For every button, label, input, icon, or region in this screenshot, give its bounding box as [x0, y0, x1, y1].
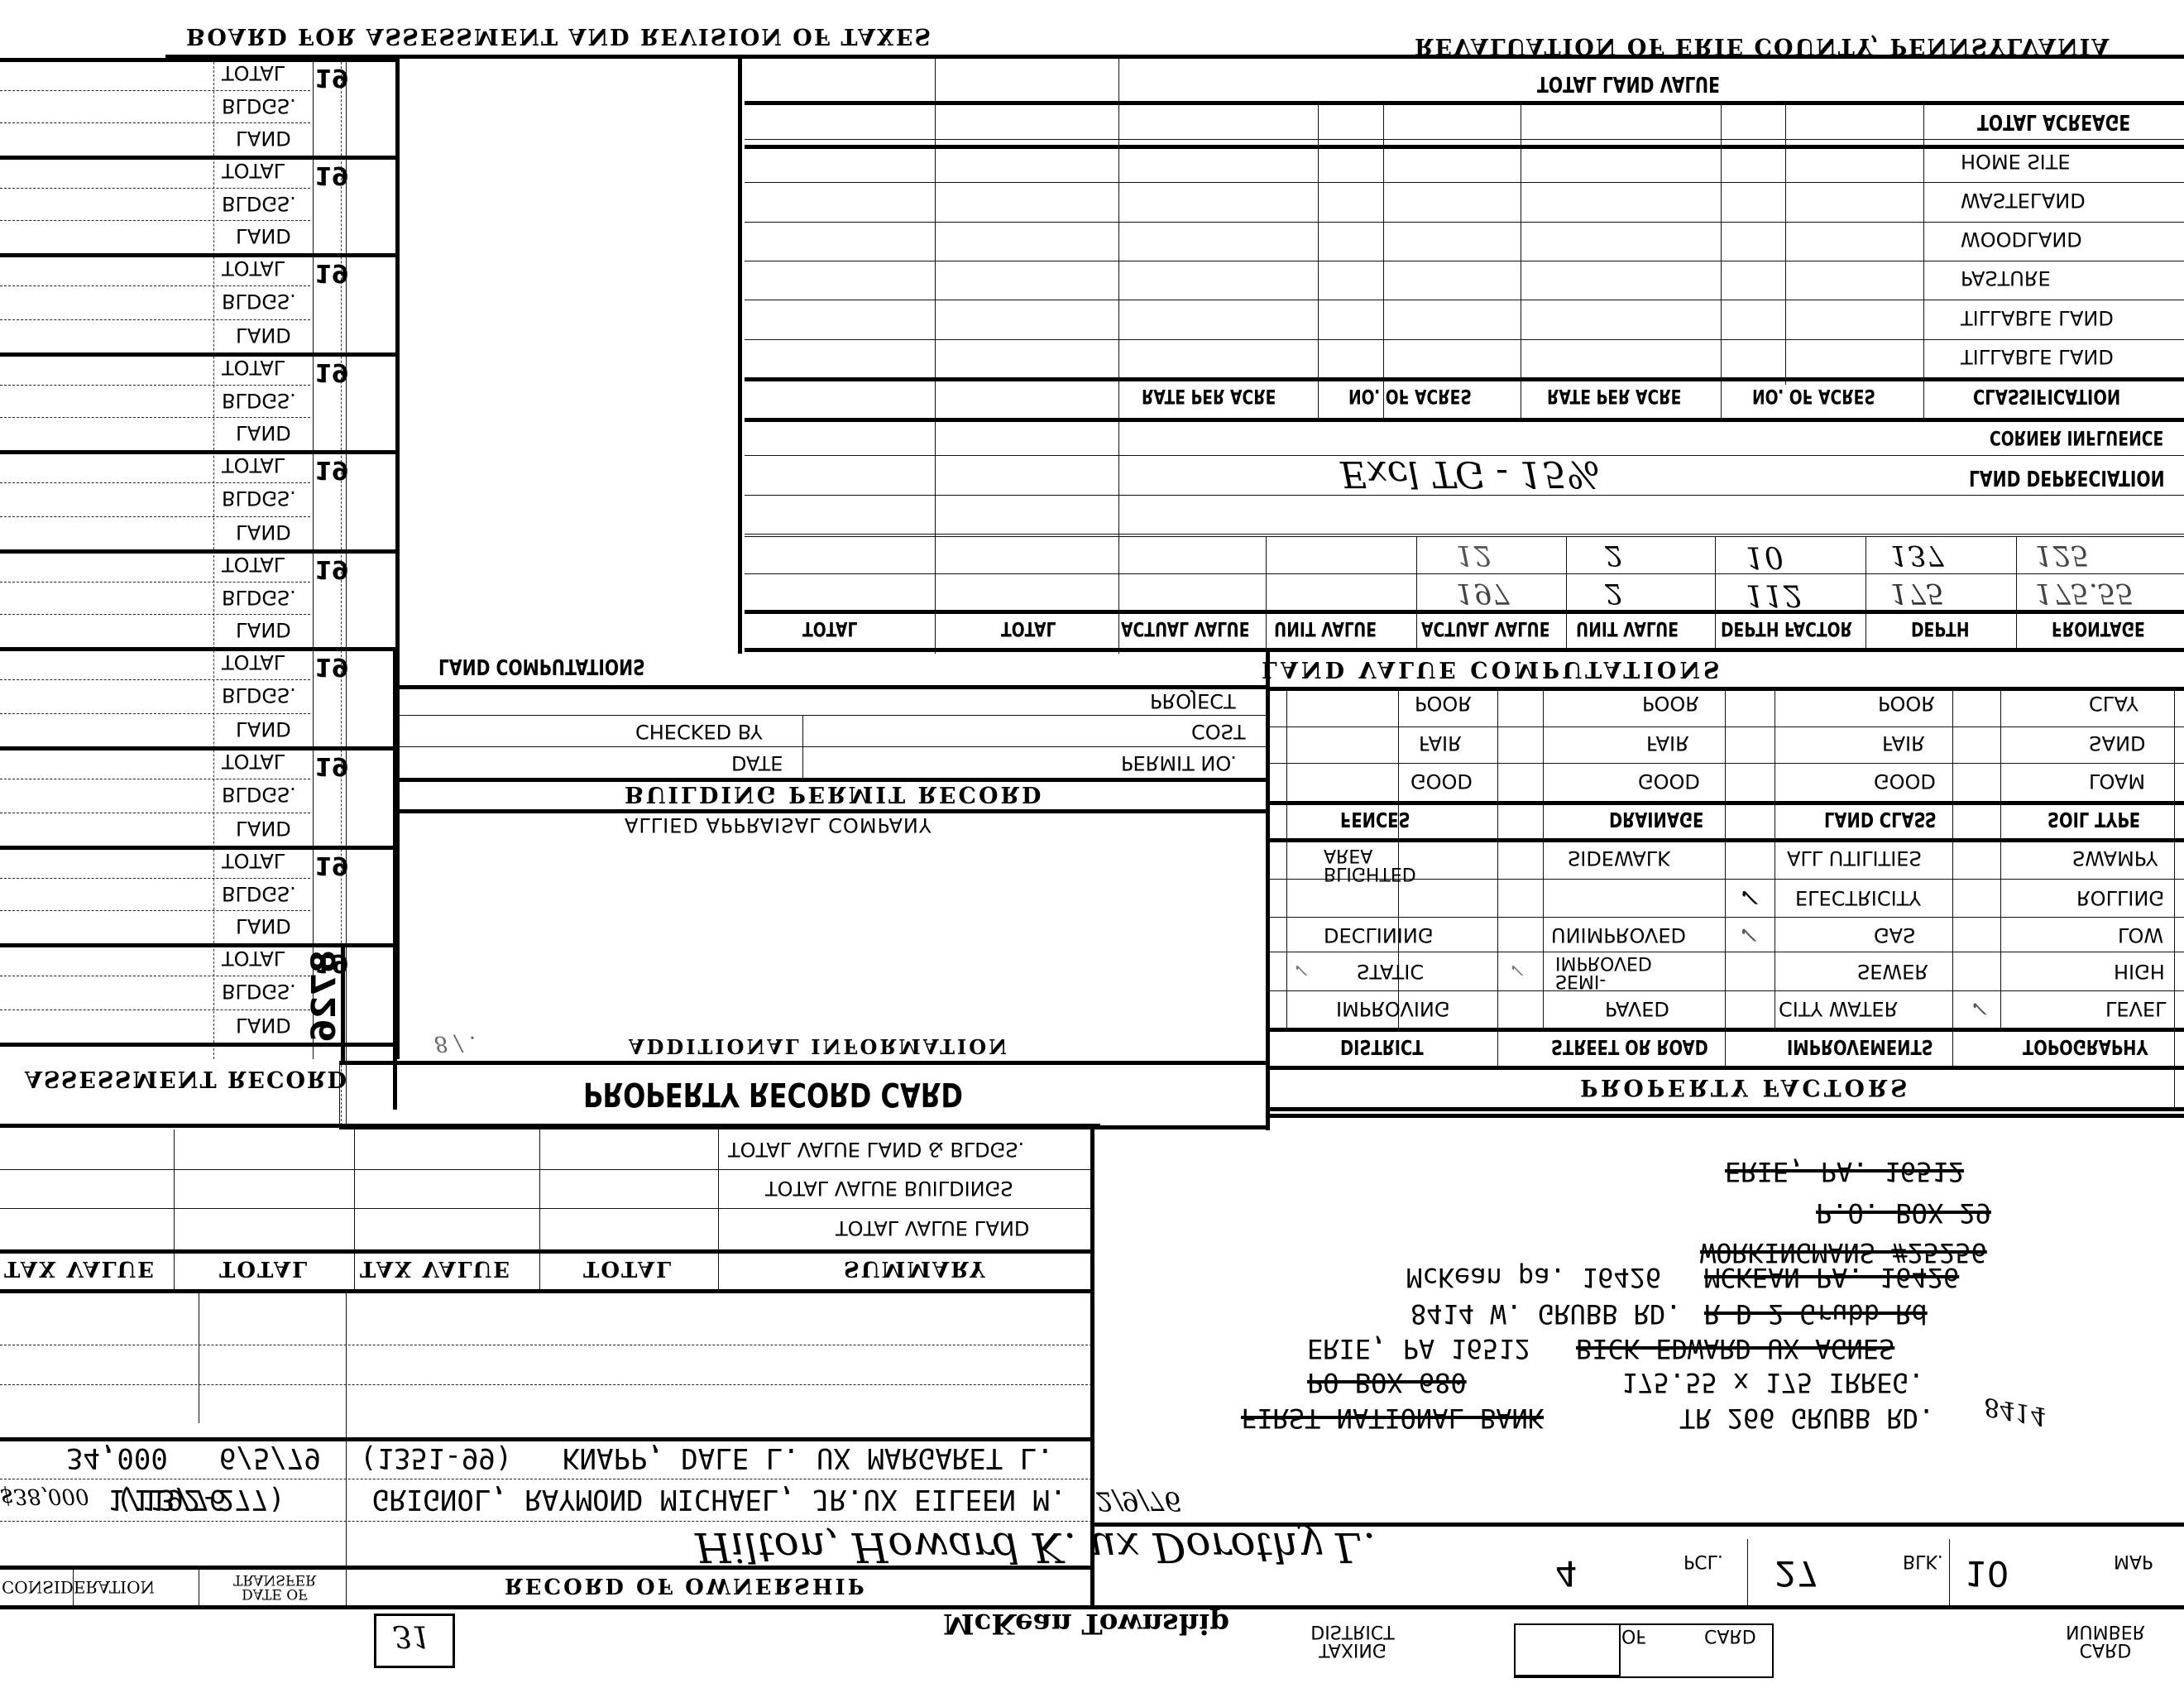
assess-bldgs-label: BLDGS. [222, 587, 296, 607]
land-class-poor: POOR [1878, 693, 1935, 713]
col-district: DISTRICT [1340, 1037, 1424, 1057]
assess-year-prefix: 19 [314, 556, 349, 581]
assess-total-label: TOTAL [222, 751, 285, 771]
address-line-addition: FIRST NATIONAL BANK [1241, 1405, 1544, 1431]
map-label: MAP [2114, 1551, 2153, 1570]
additional-information-title: ADDITIONAL INFORMATION [629, 1036, 1009, 1056]
check-level: ✓ [1969, 997, 1987, 1019]
col-no-acres-2: NO. OF ACRES [1348, 386, 1472, 406]
owner-transfer-date: 6/5/79 [219, 1444, 321, 1472]
project-label: PROJECT [1150, 691, 1236, 711]
checked-by-label: CHECKED BY [635, 722, 763, 741]
assess-land-label: LAND [236, 916, 291, 936]
total-value-buildings: TOTAL VALUE BUILDINGS [765, 1178, 1013, 1198]
row1-depth: 175 [1890, 579, 1944, 607]
assess-total-label: TOTAL [222, 554, 285, 574]
address-line-addition: McKean pa. 16426 [1406, 1264, 1661, 1291]
row1-unit-value: 2 [1605, 579, 1623, 607]
imp-city-water: CITY WATER [1779, 999, 1898, 1019]
address-line: R D 2 Grubb Rd [1704, 1301, 1928, 1327]
assess-year-prefix: 19 [314, 65, 349, 89]
address-line: P.O. BOX 29 [1816, 1200, 1991, 1226]
assess-total-label: TOTAL [222, 63, 285, 83]
col-rate-per-acre-1: RATE PER ACRE [1547, 386, 1681, 406]
col-street-or-road: STREET OR ROAD [1551, 1037, 1708, 1057]
appraisal-company: ALLIED APPRAISAL COMPANY [625, 815, 932, 835]
imp-gas: GAS [1874, 925, 1915, 945]
pcl-label: PCL. [1683, 1551, 1723, 1570]
total-acreage-label: TOTAL ACREAGE [1977, 111, 2130, 132]
property-record-card-title: PROPERTY RECORD CARD [583, 1077, 963, 1110]
assess-bldgs-label: BLDGS. [222, 391, 296, 410]
assess-land-label: LAND [236, 423, 291, 443]
topo-low: LOW [2118, 925, 2163, 945]
assess-year-prefix: 19 [314, 852, 349, 877]
topo-high: HIGH [2114, 961, 2165, 981]
assess-land-label: LAND [236, 128, 291, 148]
district-improving: IMPROVING [1336, 999, 1449, 1019]
fences-good: GOOD [1410, 771, 1473, 791]
assess-land-label: LAND [236, 620, 291, 640]
row2-actual-value: 12 [1456, 541, 1492, 569]
col-classification: CLASSIFICATION [1973, 386, 2120, 407]
property-factors-title: PROPERTY FACTORS [1580, 1076, 1910, 1099]
drainage-good: GOOD [1638, 771, 1700, 791]
taxing-district-label: TAXING DISTRICT [1299, 1622, 1406, 1658]
col-total-summary-2: TOTAL [219, 1258, 309, 1279]
land-depreciation-value: Excl TG - 15% [1340, 455, 1601, 492]
assess-total-label: TOTAL [222, 948, 285, 968]
col-depth-factor: DEPTH FACTOR [1721, 619, 1852, 639]
owner-name: GRIGNOL, RAYMOND MICHAEL, JR.UX EILEEN M… [372, 1485, 1066, 1513]
consideration-header: CONSIDERATION [2, 1579, 155, 1595]
land-value-computations-title: LAND VALUE COMPUTATIONS [1262, 658, 1723, 680]
pcl-value: 4 [1555, 1556, 1578, 1590]
assess-total-label: TOTAL [222, 258, 285, 278]
address-line-addition: PO BOX 680 [1307, 1369, 1467, 1396]
topo-swampy: SWAMPY [2072, 848, 2158, 868]
box-number: 31 [393, 1620, 431, 1650]
classification-woodland: WOODLAND [1961, 229, 2082, 249]
col-fences: FENCES [1340, 809, 1410, 830]
owner-transfer-date: 1/13/76 [108, 1485, 226, 1513]
row2-depth: 137 [1890, 541, 1944, 569]
assessment-record-title: ASSESSMENT RECORD [25, 1067, 348, 1090]
district-declining: DECLINING [1324, 925, 1433, 945]
topo-rolling: ROLLING [2076, 888, 2164, 908]
assess-land-label: LAND [236, 522, 291, 542]
assess-bldgs-label: BLDGS. [222, 981, 296, 1001]
address-line-addition: ERIE, PA 16512 [1307, 1336, 1530, 1362]
address-handwritten-number: 8414 [1982, 1393, 2048, 1429]
fences-fair: FAIR [1419, 733, 1462, 753]
assess-year-prefix: 19 [314, 359, 349, 384]
address-line: BICK EDWARD UX AGNES [1576, 1336, 1894, 1362]
assess-land-label: LAND [236, 719, 291, 739]
assess-bldgs-label: BLDGS. [222, 488, 296, 508]
assess-land-label: LAND [236, 325, 291, 345]
row2-unit-value: 2 [1605, 541, 1623, 569]
col-unit-value-1: UNIT VALUE [1576, 619, 1679, 639]
district-static: STATIC [1357, 961, 1424, 981]
check-semi-improved: ✓ [1508, 960, 1523, 978]
total-land-value-label: TOTAL LAND VALUE [1537, 73, 1720, 94]
row2-frontage: 125 [2035, 541, 2089, 569]
row2-depth-factor: 10 [1746, 541, 1784, 571]
fences-poor: POOR [1415, 693, 1472, 713]
card-number-label: CARD NUMBER [2052, 1622, 2159, 1658]
date-of-transfer-header: DATE OF TRANSFER [205, 1572, 344, 1600]
additional-info-note: 8 / . [434, 1033, 476, 1054]
classification-home-site: HOME SITE [1961, 151, 2071, 171]
board-header: BOARD FOR ASSESSMENT AND REVISION OF TAX… [186, 25, 932, 47]
col-total-1: TOTAL [1001, 619, 1056, 639]
imp-sewer: SEWER [1857, 961, 1928, 981]
col-tax-value-2: TAX VALUE [4, 1258, 156, 1279]
assess-year-prefix: 19 [314, 753, 349, 778]
check-gas: ✓ [1737, 923, 1756, 946]
assess-total-label: TOTAL [222, 161, 285, 180]
col-land-class: LAND CLASS [1824, 809, 1937, 830]
classification-pasture: PASTURE [1961, 268, 2051, 288]
assess-total-label: TOTAL [222, 357, 285, 377]
ownership-title: RECORD OF OWNERSHIP [505, 1575, 866, 1596]
row1-depth-factor: 112 [1746, 579, 1803, 609]
total-value-land-bldgs: TOTAL VALUE LAND & BLDGS. [728, 1139, 1024, 1159]
col-actual-value-1: ACTUAL VALUE [1421, 619, 1550, 639]
col-depth: DEPTH [1911, 619, 1969, 639]
col-total-2: TOTAL [802, 619, 857, 639]
address-line: ERIE, PA. 16512 [1725, 1158, 1964, 1185]
address-line: TR 266 GRUBB RD. [1679, 1405, 1934, 1431]
building-permit-title: BUILDING PERMIT RECORD [625, 783, 1043, 805]
street-paved: PAVED [1605, 999, 1669, 1019]
col-frontage: FRONTAGE [2052, 619, 2145, 639]
street-sidewalk: SIDEWALK [1568, 848, 1670, 868]
cost-label: COST [1191, 722, 1246, 741]
assess-bldgs-label: BLDGS. [222, 291, 296, 311]
district-blighted-area: BLIGHTED AREA [1324, 846, 1415, 882]
col-total-summary-1: TOTAL [583, 1258, 673, 1279]
assess-bldgs-label: BLDGS. [222, 194, 296, 213]
corner-influence-label: CORNER INFLUENCE [1990, 428, 2163, 448]
row1-frontage: 175.55 [2035, 579, 2134, 607]
col-improvements: IMPROVEMENTS [1787, 1037, 1933, 1057]
row1-actual-value: 197 [1456, 579, 1510, 607]
classification-wasteland: WASTELAND [1961, 190, 2086, 210]
imp-electricity: ELECTRICITY [1795, 888, 1921, 908]
summary-title: SUMMARY [844, 1258, 987, 1279]
assess-land-label: LAND [236, 226, 291, 246]
address-line-addition: 8414 W. GRUBB RD. [1410, 1301, 1682, 1327]
check-electricity: ✓ [1737, 884, 1758, 909]
col-actual-value-2: ACTUAL VALUE [1121, 619, 1250, 639]
assess-land-label: LAND [236, 818, 291, 838]
col-no-acres-1: NO. OF ACRES [1752, 386, 1875, 406]
land-class-fair: FAIR [1882, 733, 1925, 753]
land-computations-label: LAND COMPUTATIONS [438, 655, 645, 677]
taxing-district-value: McKean Township [943, 1609, 1229, 1638]
total-value-land: TOTAL VALUE LAND [836, 1218, 1029, 1238]
col-unit-value-2: UNIT VALUE [1274, 619, 1377, 639]
land-class-good: GOOD [1874, 771, 1936, 791]
col-tax-value-1: TAX VALUE [360, 1258, 511, 1279]
date-label: DATE [731, 753, 783, 773]
assess-total-label: TOTAL [222, 455, 285, 475]
owner-name-handwritten: Hilton, Howard K. ux Dorothy L. [695, 1527, 1376, 1568]
assess-total-label: TOTAL [222, 851, 285, 870]
classification-tillable-2: TILLABLE LAND [1961, 347, 2114, 367]
address-line: 175.55 x 175 IRREG. [1621, 1369, 1924, 1396]
blk-label: BLK. [1903, 1551, 1943, 1570]
classification-tillable-1: TILLABLE LAND [1961, 308, 2114, 328]
assess-total-label: TOTAL [222, 652, 285, 672]
assess-year-prefix: 19 [314, 654, 349, 679]
owner-margin-note: 2/9/76 [1096, 1488, 1181, 1514]
owner-name: KNAPP, DALE L. UX MARGARET L. [563, 1444, 1054, 1472]
revaluation-header: REVALUATION OF ERIE COUNTY, PENNSYLVANIA [1415, 35, 2110, 57]
soil-sand: SAND [2089, 733, 2146, 753]
drainage-poor: POOR [1642, 693, 1699, 713]
address-line: MCKEAN PA. 16426 [1704, 1264, 1959, 1291]
street-semi-improved: SEMI-IMPROVED [1555, 953, 1679, 990]
col-topography: TOPOGRAPHY [2023, 1037, 2148, 1057]
assess-year-prefix: 19 [314, 260, 349, 285]
owner-consideration: $38,000 [0, 1485, 89, 1507]
map-value: 10 [1965, 1556, 2009, 1590]
drainage-fair: FAIR [1646, 733, 1689, 753]
assess-bldgs-label: BLDGS. [222, 884, 296, 904]
col-drainage: DRAINAGE [1609, 809, 1703, 830]
imp-all-utilities: ALL UTILITIES [1787, 848, 1922, 868]
topo-level: LEVEL [2105, 999, 2167, 1019]
stamp-number: 8726 [308, 950, 341, 1042]
card-of-box[interactable] [1514, 1623, 1774, 1678]
assess-year-prefix: 19 [314, 457, 349, 482]
permit-no-label: PERMIT NO. [1121, 753, 1237, 773]
assess-year-prefix: 19 [314, 162, 349, 187]
soil-clay: CLAY [2089, 693, 2138, 713]
assess-bldgs-label: BLDGS. [222, 784, 296, 804]
soil-loam: LOAM [2089, 771, 2145, 791]
land-depreciation-label: LAND DEPRECIATION [1969, 467, 2165, 488]
assess-land-label: LAND [236, 1015, 291, 1035]
owner-deed: (1351-99) [360, 1444, 512, 1472]
assess-bldgs-label: BLDGS. [222, 685, 296, 705]
col-soil-type: SOIL TYPE [2047, 809, 2140, 830]
blk-value: 27 [1774, 1556, 1818, 1590]
owner-consideration: 34,000 [66, 1444, 168, 1472]
check-static: ✓ [1292, 960, 1307, 978]
col-rate-per-acre-2: RATE PER ACRE [1142, 386, 1276, 406]
assess-bldgs-label: BLDGS. [222, 96, 296, 116]
street-unimproved: UNIMPROVED [1551, 925, 1686, 945]
